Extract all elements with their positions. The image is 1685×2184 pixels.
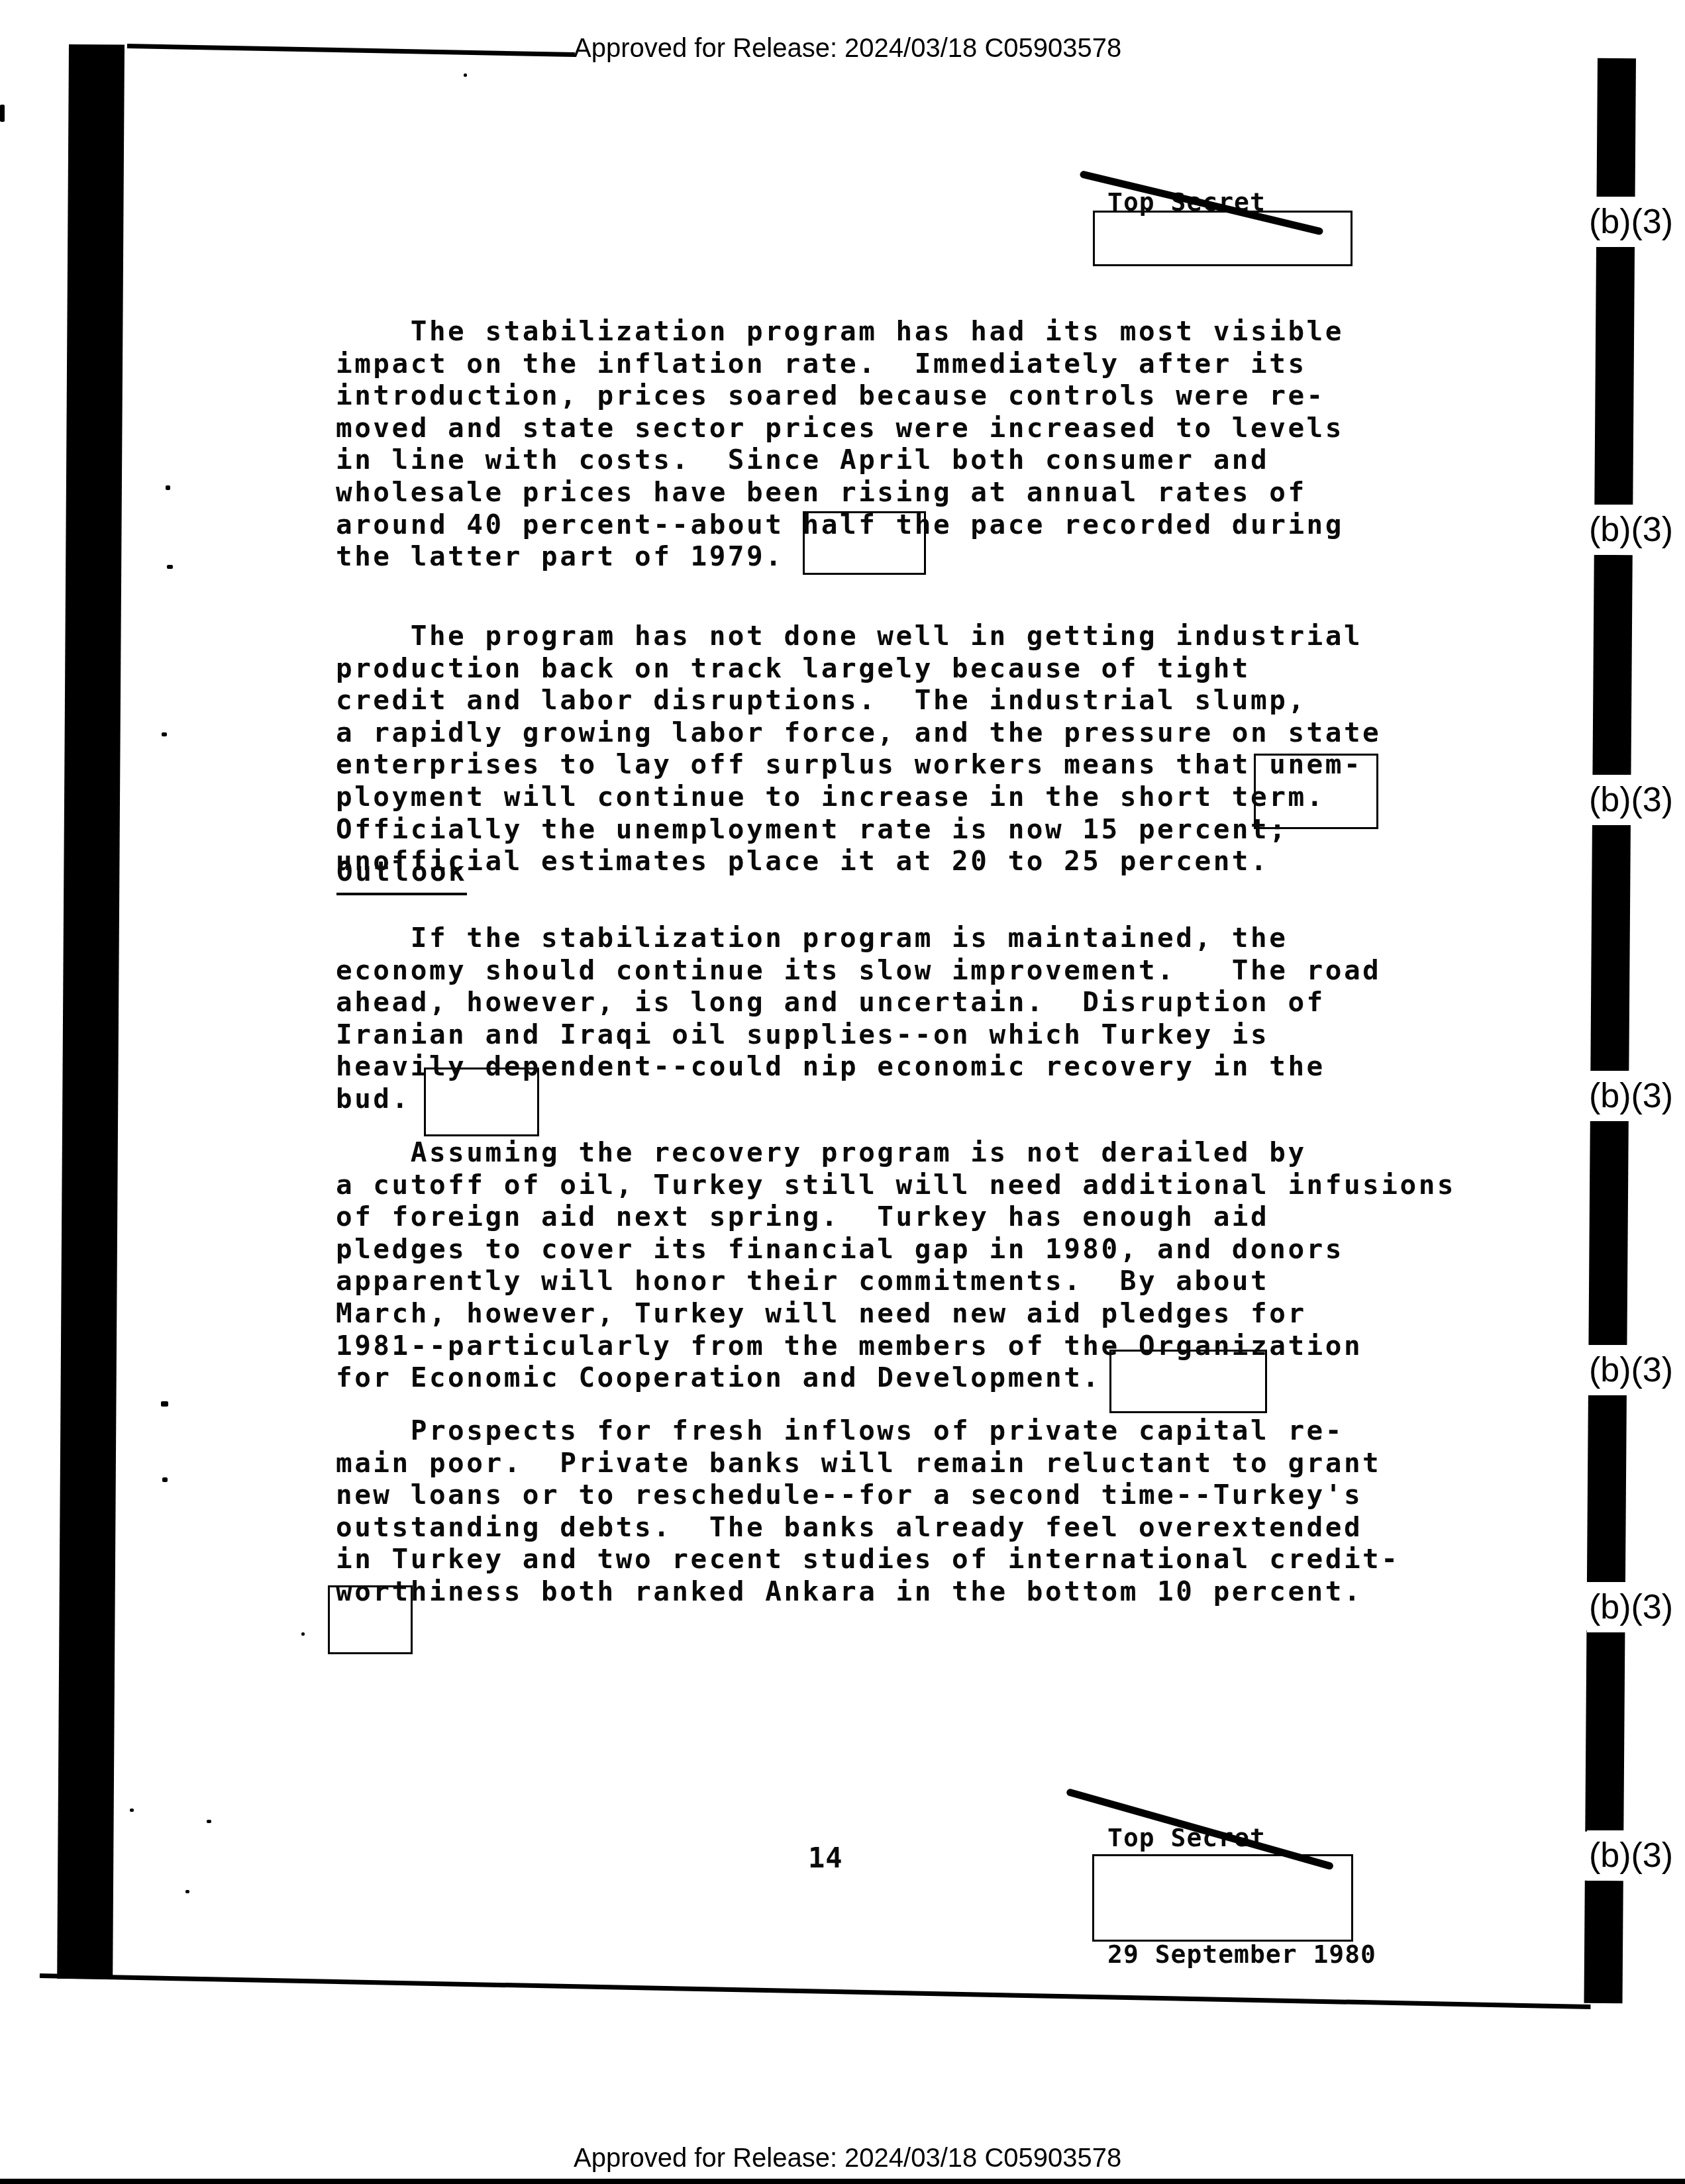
scan-artifact	[207, 1820, 211, 1823]
scan-artifact	[185, 1890, 189, 1893]
page-bottom-edge-line	[40, 1973, 1591, 2009]
scan-artifact	[130, 1809, 134, 1812]
redaction-box-bottom	[1092, 1854, 1353, 1942]
right-bar-segment	[1592, 555, 1632, 776]
right-bar-segment	[1597, 58, 1636, 199]
body-paragraph-5: Prospects for fresh inflows of private c…	[336, 1415, 1400, 1608]
right-bar-segment	[1590, 824, 1631, 1071]
b3-exemption-marker: (b)(3)	[1587, 1830, 1675, 1881]
body-paragraph-3: If the stabilization program is maintain…	[336, 922, 1381, 1115]
document-date: 29 September 1980	[1107, 1939, 1376, 1969]
release-stamp-footer: Approved for Release: 2024/03/18 C059035…	[574, 2143, 1121, 2173]
right-bar-segment	[1585, 1630, 1625, 1832]
b3-exemption-marker: (b)(3)	[1587, 1582, 1675, 1632]
page-number: 14	[808, 1842, 843, 1874]
scan-artifact	[166, 485, 170, 490]
scan-artifact	[464, 74, 467, 77]
scan-artifact	[162, 732, 167, 736]
document-page: Approved for Release: 2024/03/18 C059035…	[0, 0, 1685, 2184]
image-bottom-edge	[0, 2179, 1685, 2184]
redaction-box-top	[1093, 211, 1353, 266]
b3-exemption-marker: (b)(3)	[1587, 1345, 1675, 1395]
b3-exemption-marker: (b)(3)	[1587, 505, 1675, 555]
right-bar-segment	[1587, 1394, 1627, 1584]
header-leader-line	[127, 44, 575, 57]
release-stamp-header: Approved for Release: 2024/03/18 C059035…	[574, 33, 1121, 64]
scan-artifact	[162, 1477, 168, 1482]
scan-artifact	[301, 1632, 305, 1636]
scan-artifact	[167, 565, 173, 569]
scan-artifact	[0, 105, 5, 122]
b3-exemption-marker: (b)(3)	[1587, 1071, 1675, 1121]
right-redaction-bar	[1584, 58, 1636, 2003]
right-bar-segment	[1594, 246, 1635, 505]
section-heading-outlook: Outlook	[336, 856, 467, 895]
left-redaction-bar	[57, 44, 125, 1979]
scan-artifact	[161, 1401, 168, 1407]
body-paragraph-1: The stabilization program has had its mo…	[336, 315, 1344, 573]
right-bar-segment	[1588, 1120, 1628, 1346]
body-paragraph-4: Assuming the recovery program is not der…	[336, 1136, 1456, 1394]
right-bar-segment	[1584, 1881, 1623, 2003]
b3-exemption-marker: (b)(3)	[1587, 197, 1675, 247]
b3-exemption-marker: (b)(3)	[1587, 775, 1675, 825]
body-paragraph-2: The program has not done well in getting…	[336, 620, 1381, 877]
